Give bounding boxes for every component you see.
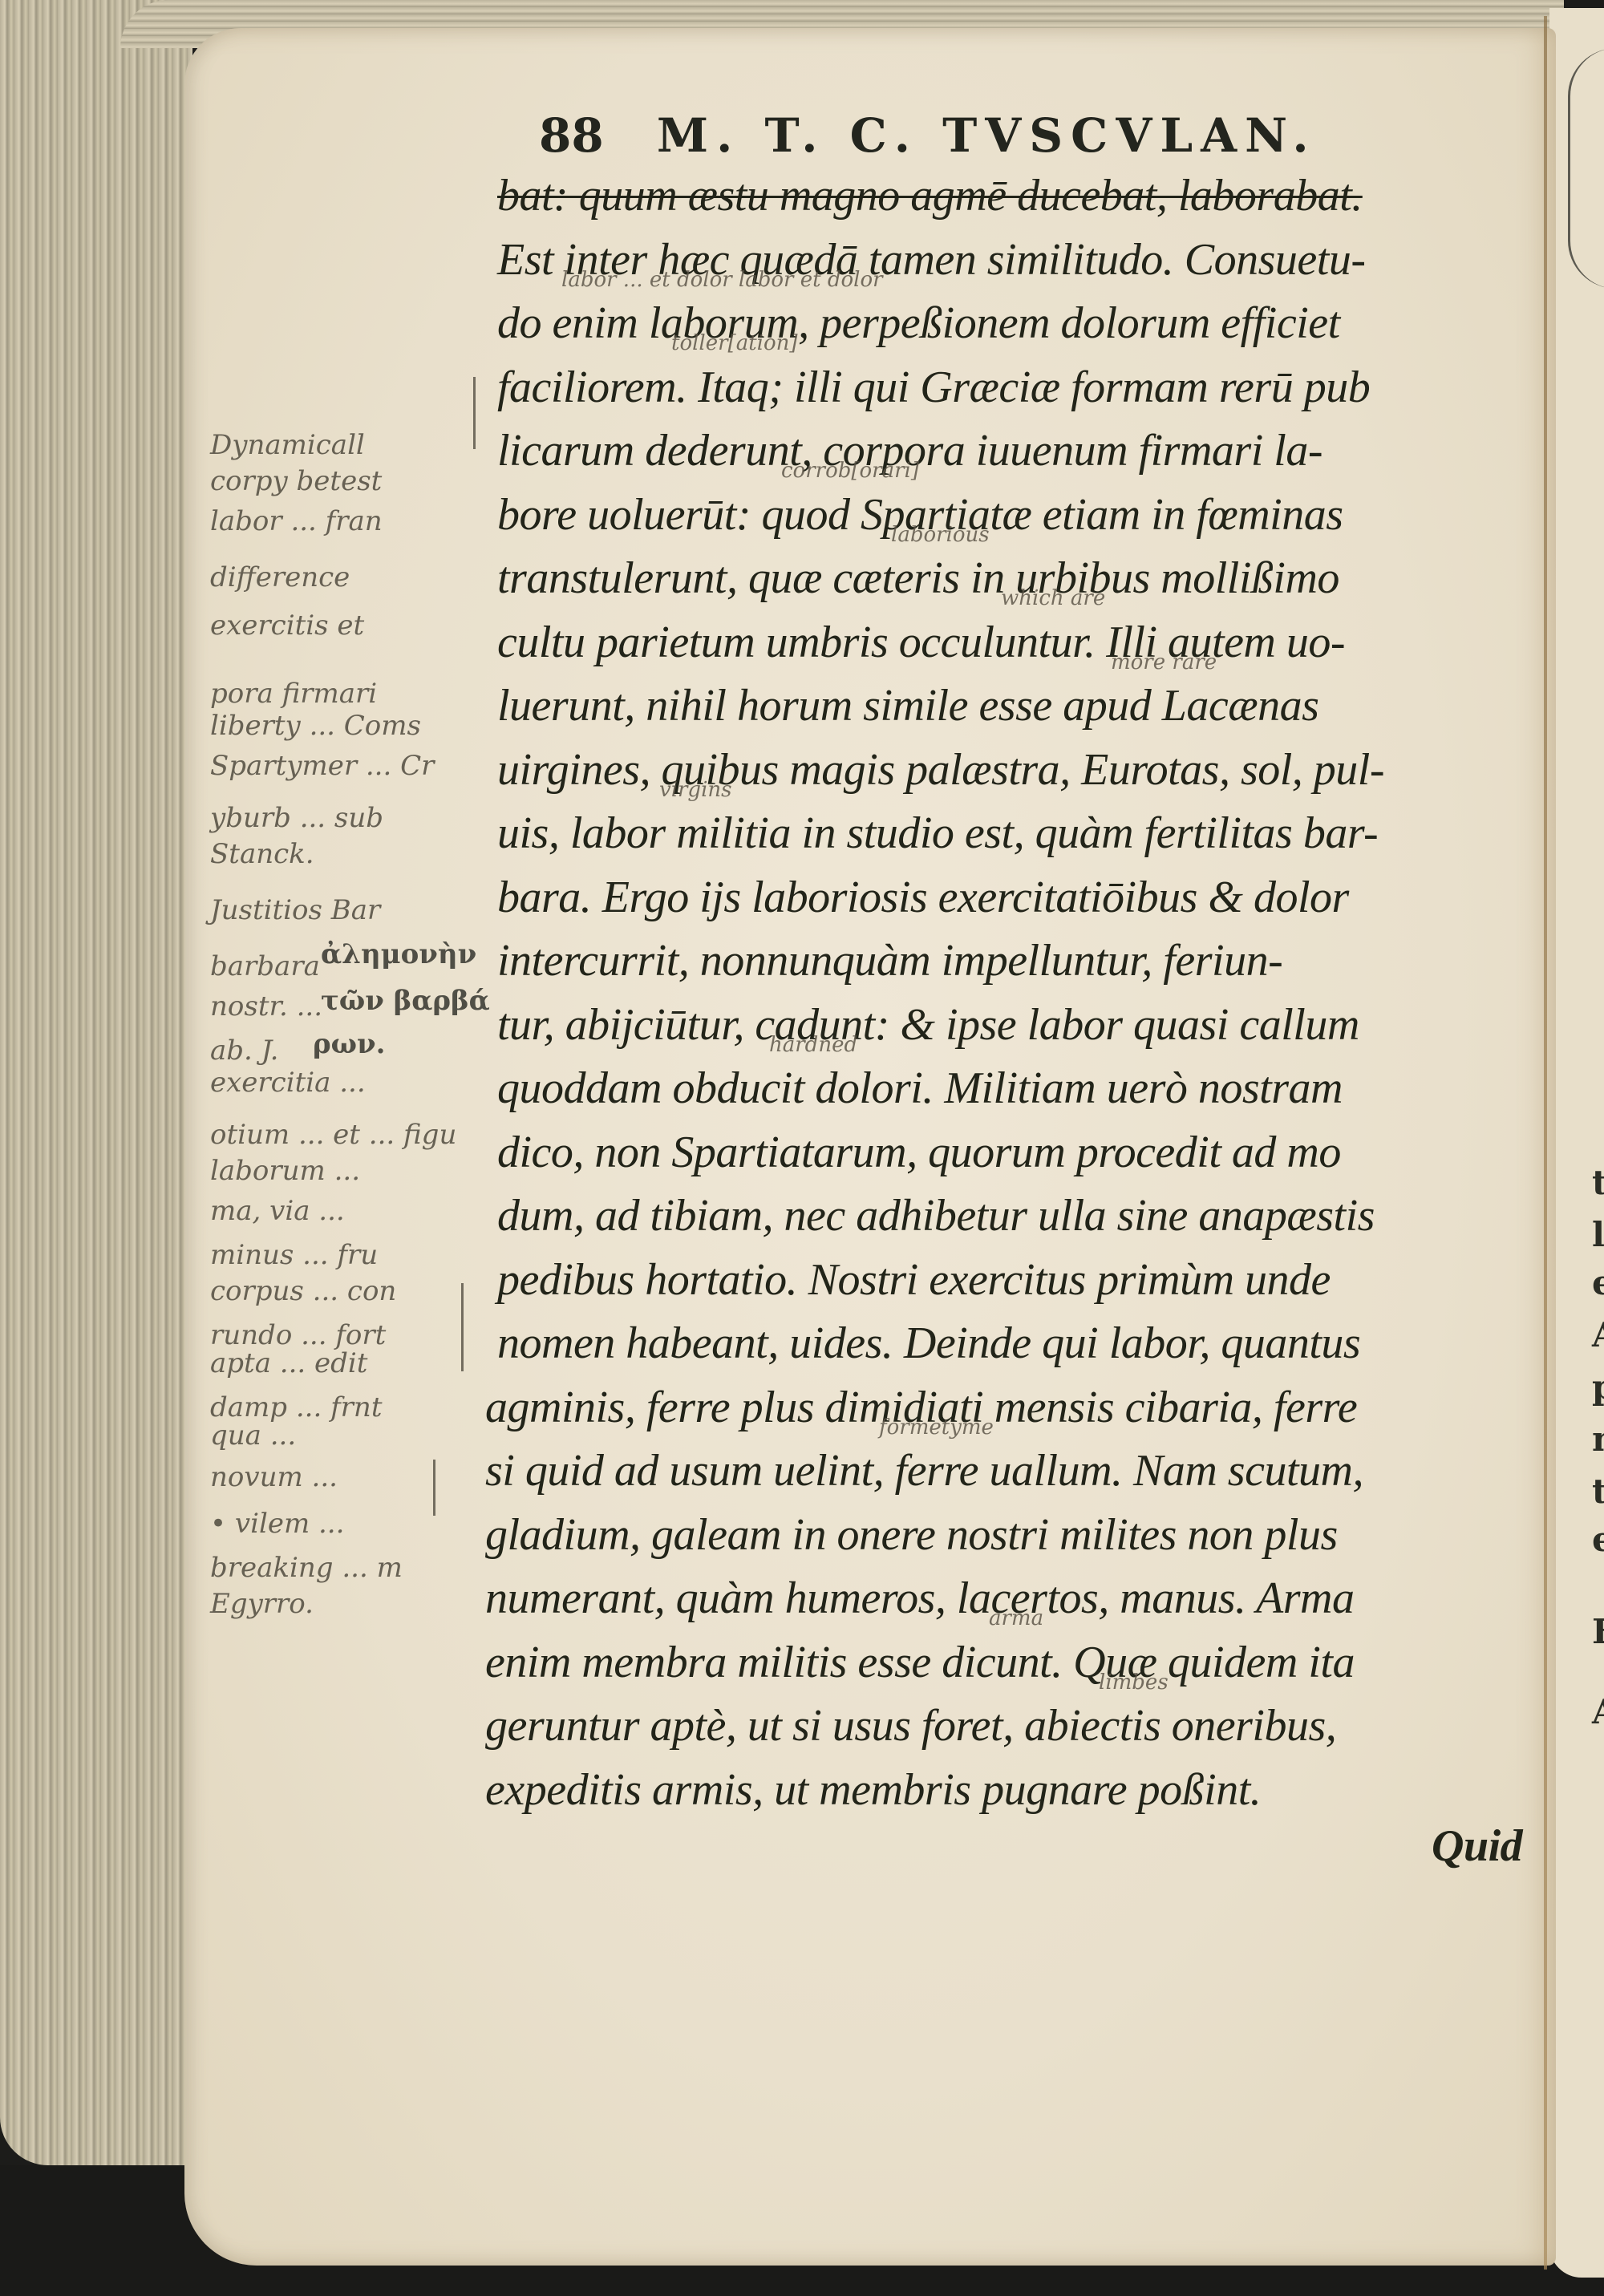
margin-note: qua ... — [210, 1419, 296, 1452]
catchword: Quid — [1432, 1820, 1522, 1872]
margin-note: Justitios Bar — [210, 894, 380, 926]
text-line: faciliorem. Itaq; illi qui Græciæ formam… — [497, 362, 1370, 413]
text-line: bara. Ergo ijs laboriosis exercitatiōibu… — [497, 872, 1349, 923]
greek-note: τῶν βαρβά — [321, 985, 490, 1017]
margin-note: Spartymer ... Cr — [210, 750, 434, 782]
margin-note: difference — [210, 561, 350, 593]
text-line: luerunt, nihil horum simile esse apud La… — [497, 680, 1318, 731]
interlinear-note: arma — [989, 1606, 1043, 1630]
text-line: gladium, galeam in onere nostri milites … — [485, 1509, 1338, 1561]
margin-note: corpy betest — [210, 465, 382, 497]
margin-note: otium ... et ... figu — [210, 1119, 456, 1151]
margin-note: rundo ... fort — [210, 1319, 386, 1351]
text-line: uirgines, quibus magis palæstra, Eurotas… — [497, 744, 1384, 796]
margin-note: ma, via ... — [210, 1195, 345, 1227]
page-stack-fore-edge — [0, 0, 192, 2165]
margin-note: • vilem ... — [210, 1508, 344, 1540]
text-line: do enim laborum, perpeßionem dolorum eff… — [497, 298, 1340, 349]
margin-note: exercitia ... — [210, 1067, 366, 1099]
facing-page-glyph: e — [1592, 1263, 1604, 1302]
facing-page-glyph: t — [1592, 1472, 1604, 1511]
margin-note: labor ... fran — [210, 505, 383, 537]
text-line: uis, labor militia in studio est, quàm f… — [497, 808, 1378, 859]
greek-note: ρων. — [313, 1028, 385, 1060]
facing-page-glyph: E — [1592, 1612, 1604, 1651]
margin-note: laborum ... — [210, 1155, 360, 1187]
interlinear-note: which are — [1001, 586, 1105, 610]
interlinear-note: laborious — [891, 523, 990, 547]
facing-page-glyph: A — [1592, 1692, 1604, 1731]
margin-note: liberty ... Coms — [210, 710, 421, 742]
text-line: si quid ad usum uelint, ferre uallum. Na… — [485, 1445, 1363, 1496]
facing-page-glyph: l — [1592, 1215, 1604, 1254]
margin-note: yburb ... sub — [210, 802, 383, 834]
text-line: quoddam obducit dolori. Militiam uerò no… — [497, 1063, 1343, 1114]
text-line: nomen habeant, uides. Deinde qui labor, … — [497, 1318, 1360, 1369]
greek-note: ἀλημονὴν — [321, 938, 476, 970]
text-line: tur, abijciūtur, cadunt: & ipse labor qu… — [497, 999, 1359, 1051]
interlinear-note: corrob[orari] — [781, 459, 919, 483]
margin-note: Egyrro. — [210, 1588, 314, 1620]
margin-note: corpus ... con — [210, 1275, 396, 1307]
margin-note: minus ... fru — [210, 1239, 378, 1271]
facing-page-bracket — [1568, 48, 1604, 289]
facing-page-glyph: n — [1592, 1419, 1604, 1459]
margin-note: Stanck. — [210, 838, 314, 870]
text-line: numerant, quàm humeros, lacertos, manus.… — [485, 1573, 1354, 1624]
interlinear-note: formetyme — [879, 1415, 994, 1440]
text-line: cultu parietum umbris occuluntur. Illi a… — [497, 617, 1345, 668]
margin-note: nostr. ... — [210, 990, 322, 1022]
interlinear-note: limbes — [1099, 1670, 1169, 1695]
gutter-line — [1544, 16, 1547, 2270]
text-line: geruntur aptè, ut si usus foret, abiecti… — [485, 1700, 1336, 1751]
interlinear-note: virgins — [659, 778, 731, 802]
facing-page-glyph: e — [1592, 1520, 1604, 1559]
interlinear-note: labor ... et dolor labor et dolor — [561, 268, 883, 292]
facing-page — [1549, 8, 1604, 2278]
margin-bracket — [473, 377, 476, 449]
margin-bracket — [433, 1460, 435, 1516]
interlinear-note: more rare — [1111, 650, 1217, 674]
text-line: pedibus hortatio. Nostri exercitus primù… — [497, 1254, 1331, 1306]
text-line: dico, non Spartiatarum, quorum procedit … — [497, 1127, 1341, 1178]
margin-bracket — [461, 1283, 464, 1371]
margin-note: apta ... edit — [210, 1347, 367, 1379]
margin-note: pora firmari — [210, 678, 377, 710]
margin-note: exercitis et — [210, 609, 364, 642]
text-line: transtulerunt, quæ cæteris in urbibus mo… — [497, 553, 1339, 604]
running-title: M. T. C. TVSCVLAN. — [657, 108, 1317, 163]
margin-note: ab. J. — [210, 1035, 278, 1067]
margin-note: novum ... — [210, 1461, 338, 1493]
text-line: expeditis armis, ut membris pugnare poßi… — [485, 1764, 1261, 1816]
facing-page-glyph: t — [1592, 1163, 1604, 1202]
text-line: intercurrit, nonnunquàm impelluntur, fer… — [497, 935, 1282, 986]
margin-note: breaking ... m — [210, 1552, 403, 1584]
page-number: 88 — [539, 108, 604, 163]
text-line: bat: quum æstu magno agmē ducebat, labor… — [497, 170, 1363, 221]
interlinear-note: toller[ation] — [671, 331, 798, 355]
text-line: dum, ad tibiam, nec adhibetur ulla sine … — [497, 1190, 1375, 1241]
text-line: enim membra militis esse dicunt. Quæ qui… — [485, 1637, 1355, 1688]
margin-note: Dynamicall — [210, 429, 365, 461]
margin-note: barbara — [210, 950, 320, 982]
running-head: 88 M. T. C. TVSCVLAN. — [539, 108, 1317, 163]
margin-note: damp ... frnt — [210, 1391, 382, 1423]
facing-page-glyph: A — [1592, 1315, 1604, 1355]
interlinear-note: hardned — [769, 1033, 857, 1057]
facing-page-glyph: p — [1592, 1367, 1604, 1407]
